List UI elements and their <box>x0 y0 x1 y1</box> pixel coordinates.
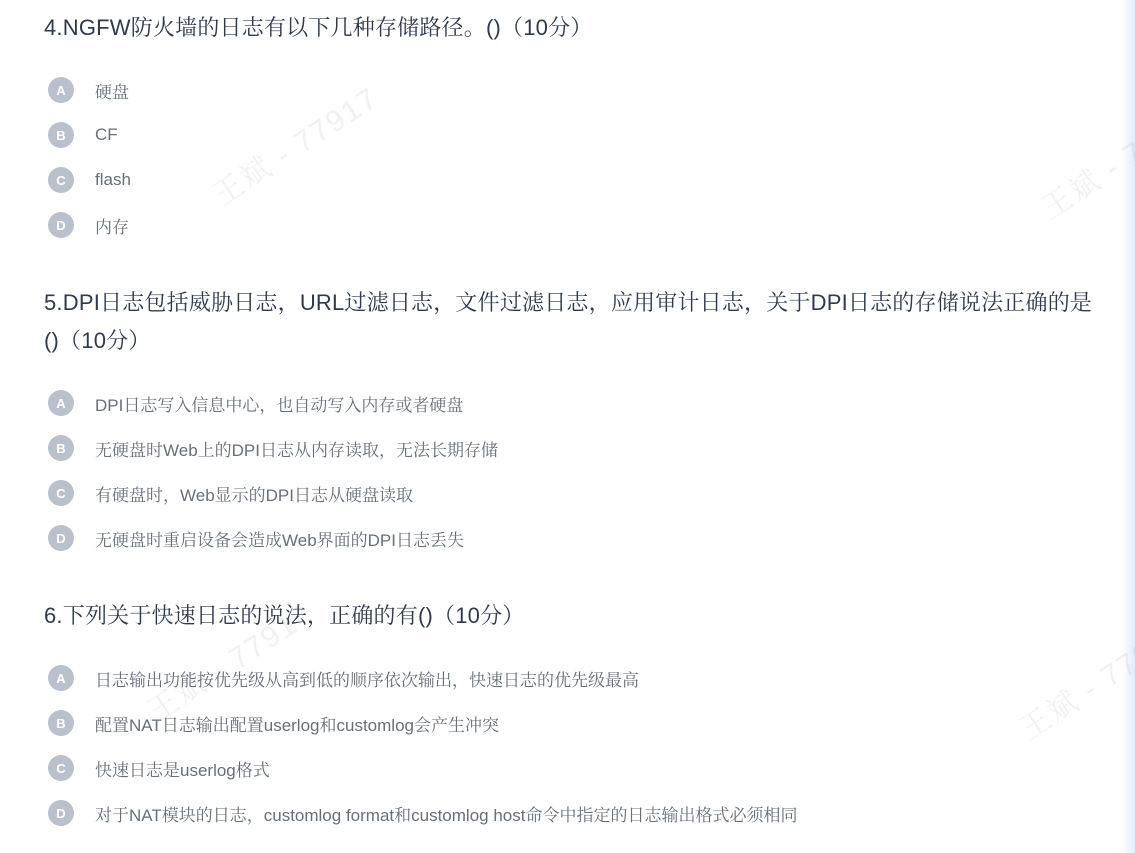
question-5-option-c[interactable]: C 有硬盘时，Web显示的DPI日志从硬盘读取 <box>44 480 1105 506</box>
option-letter-badge: D <box>48 212 74 238</box>
option-text: 无硬盘时Web上的DPI日志从内存读取，无法长期存储 <box>95 436 498 461</box>
question-title: 6.下列关于快速日志的说法，正确的有()（10分） <box>44 597 1104 635</box>
option-letter-badge: D <box>48 800 74 826</box>
option-text: 有硬盘时，Web显示的DPI日志从硬盘读取 <box>95 481 413 506</box>
option-letter-badge: C <box>48 755 74 781</box>
option-text: 配置NAT日志输出配置userlog和customlog会产生冲突 <box>95 711 499 736</box>
question-5-option-a[interactable]: A DPI日志写入信息中心，也自动写入内存或者硬盘 <box>44 390 1105 416</box>
question-6-option-a[interactable]: A 日志输出功能按优先级从高到低的顺序依次输出，快速日志的优先级最高 <box>44 665 1105 691</box>
option-letter-badge: C <box>48 480 74 506</box>
option-text: flash <box>95 170 131 190</box>
question-title: 5.DPI日志包括威胁日志，URL过滤日志，文件过滤日志，应用审计日志，关于DP… <box>44 284 1104 360</box>
question-6-option-d[interactable]: D 对于NAT模块的日志，customlog format和customlog … <box>44 800 1105 826</box>
quiz-question-list: 4.NGFW防火墙的日志有以下几种存储路径。()（10分） A 硬盘 B CF … <box>0 0 1135 826</box>
option-letter-badge: D <box>48 525 74 551</box>
option-letter-badge: A <box>48 77 74 103</box>
option-letter-badge: B <box>48 122 74 148</box>
question-4: 4.NGFW防火墙的日志有以下几种存储路径。()（10分） A 硬盘 B CF … <box>44 9 1105 238</box>
question-5-option-d[interactable]: D 无硬盘时重启设备会造成Web界面的DPI日志丢失 <box>44 525 1105 551</box>
option-letter-badge: B <box>48 435 74 461</box>
question-6-option-c[interactable]: C 快速日志是userlog格式 <box>44 755 1105 781</box>
option-text: 日志输出功能按优先级从高到低的顺序依次输出，快速日志的优先级最高 <box>95 666 639 691</box>
option-text: 无硬盘时重启设备会造成Web界面的DPI日志丢失 <box>95 526 464 551</box>
question-4-option-b[interactable]: B CF <box>44 122 1105 148</box>
option-text: CF <box>95 125 118 145</box>
question-title: 4.NGFW防火墙的日志有以下几种存储路径。()（10分） <box>44 9 1104 47</box>
option-list: A 日志输出功能按优先级从高到低的顺序依次输出，快速日志的优先级最高 B 配置N… <box>44 665 1105 826</box>
option-letter-badge: B <box>48 710 74 736</box>
option-text: 对于NAT模块的日志，customlog format和customlog ho… <box>95 801 797 826</box>
option-letter-badge: C <box>48 167 74 193</box>
option-text: 内存 <box>95 213 129 238</box>
question-4-option-a[interactable]: A 硬盘 <box>44 77 1105 103</box>
question-5-option-b[interactable]: B 无硬盘时Web上的DPI日志从内存读取，无法长期存储 <box>44 435 1105 461</box>
option-letter-badge: A <box>48 665 74 691</box>
question-5: 5.DPI日志包括威胁日志，URL过滤日志，文件过滤日志，应用审计日志，关于DP… <box>44 284 1105 551</box>
question-4-option-c[interactable]: C flash <box>44 167 1105 193</box>
question-6: 6.下列关于快速日志的说法，正确的有()（10分） A 日志输出功能按优先级从高… <box>44 597 1105 826</box>
question-6-option-b[interactable]: B 配置NAT日志输出配置userlog和customlog会产生冲突 <box>44 710 1105 736</box>
option-list: A 硬盘 B CF C flash D 内存 <box>44 77 1105 238</box>
option-text: DPI日志写入信息中心，也自动写入内存或者硬盘 <box>95 391 463 416</box>
option-letter-badge: A <box>48 390 74 416</box>
question-4-option-d[interactable]: D 内存 <box>44 212 1105 238</box>
option-text: 快速日志是userlog格式 <box>95 756 270 781</box>
option-text: 硬盘 <box>95 78 129 103</box>
option-list: A DPI日志写入信息中心，也自动写入内存或者硬盘 B 无硬盘时Web上的DPI… <box>44 390 1105 551</box>
